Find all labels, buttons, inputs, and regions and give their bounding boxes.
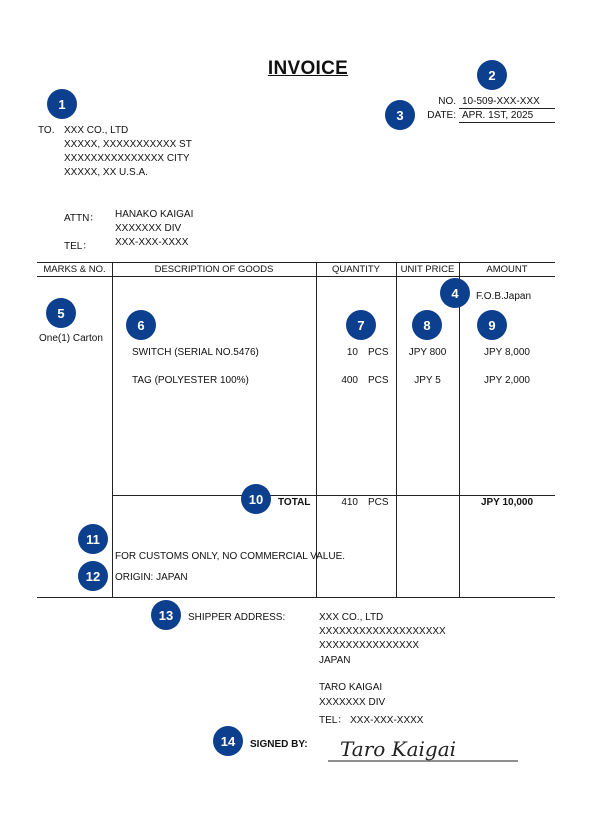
recipient-line: XXXXX, XXXXXXXXXXX ST: [64, 139, 192, 150]
annotation-badge-8: 8: [412, 310, 442, 340]
item-description: SWITCH (SERIAL NO.5476): [132, 347, 259, 358]
svg-text:Taro Kaigai: Taro Kaigai: [340, 737, 456, 761]
annotation-badge-1: 1: [47, 89, 77, 119]
annotation-badge-2: 2: [477, 60, 507, 90]
item-qty: 400: [320, 375, 358, 386]
item-unit: PCS: [368, 347, 389, 358]
total-unit: PCS: [368, 497, 389, 508]
annotation-badge-12: 12: [78, 561, 108, 591]
origin-note: ORIGIN: JAPAN: [115, 572, 188, 583]
shipper-contact-name: TARO KAIGAI: [319, 682, 382, 693]
shipper-contact-tel: TEL： XXX-XXX-XXXX: [319, 711, 423, 726]
item-amount: JPY 8,000: [459, 347, 555, 358]
annotation-badge-13: 13: [151, 600, 181, 630]
total-amount: JPY 10,000: [459, 497, 555, 508]
marks-value: One(1) Carton: [39, 333, 103, 344]
attn-name: HANAKO KAIGAI: [115, 209, 193, 220]
shipper-label: SHIPPER ADDRESS:: [188, 612, 285, 623]
recipient-line: XXXXX, XX U.S.A.: [64, 167, 148, 178]
header-marks: MARKS & NO.: [37, 264, 112, 275]
to-label: TO.: [38, 125, 54, 136]
customs-note: FOR CUSTOMS ONLY, NO COMMERCIAL VALUE.: [115, 551, 345, 562]
total-label: TOTAL: [278, 497, 310, 508]
item-unit: PCS: [368, 375, 389, 386]
annotation-badge-14: 14: [213, 726, 243, 756]
item-description: TAG (POLYESTER 100%): [132, 375, 249, 386]
item-unit-price: JPY 5: [396, 375, 459, 386]
shipper-line: XXX CO., LTD: [319, 612, 383, 623]
shipper-line: JAPAN: [319, 655, 351, 666]
annotation-badge-7: 7: [346, 310, 376, 340]
header-unit-price: UNIT PRICE: [396, 264, 459, 275]
shipper-contact-division: XXXXXXX DIV: [319, 697, 385, 708]
item-qty: 10: [320, 347, 358, 358]
total-qty: 410: [320, 497, 358, 508]
tel-label: TEL：: [64, 237, 92, 252]
annotation-badge-9: 9: [477, 310, 507, 340]
annotation-badge-11: 11: [78, 524, 108, 554]
item-amount: JPY 2,000: [459, 375, 555, 386]
tel-value: XXX-XXX-XXXX: [115, 237, 188, 248]
invoice-no-value: 10-509-XXX-XXX: [462, 96, 540, 107]
annotation-badge-10: 10: [241, 484, 271, 514]
shipper-line: XXXXXXXXXXXXXXX: [319, 640, 419, 651]
recipient-line: XXXXXXXXXXXXXXX CITY: [64, 153, 190, 164]
attn-label: ATTN：: [64, 209, 99, 224]
annotation-badge-4: 4: [440, 278, 470, 308]
invoice-date-value: APR. 1ST, 2025: [462, 110, 533, 121]
header-amount: AMOUNT: [459, 264, 555, 275]
annotation-badge-5: 5: [46, 298, 76, 328]
header-description: DESCRIPTION OF GOODS: [112, 264, 316, 275]
header-quantity: QUANTITY: [316, 264, 396, 275]
item-unit-price: JPY 800: [396, 347, 459, 358]
signed-by-label: SIGNED BY:: [250, 739, 308, 750]
shipper-line: XXXXXXXXXXXXXXXXXXX: [319, 626, 446, 637]
annotation-badge-6: 6: [126, 310, 156, 340]
annotation-badge-3: 3: [385, 100, 415, 130]
trade-terms: F.O.B.Japan: [476, 291, 531, 302]
signature-image: Taro Kaigai: [328, 730, 518, 770]
recipient-line: XXX CO., LTD: [64, 125, 128, 136]
attn-division: XXXXXXX DIV: [115, 223, 181, 234]
